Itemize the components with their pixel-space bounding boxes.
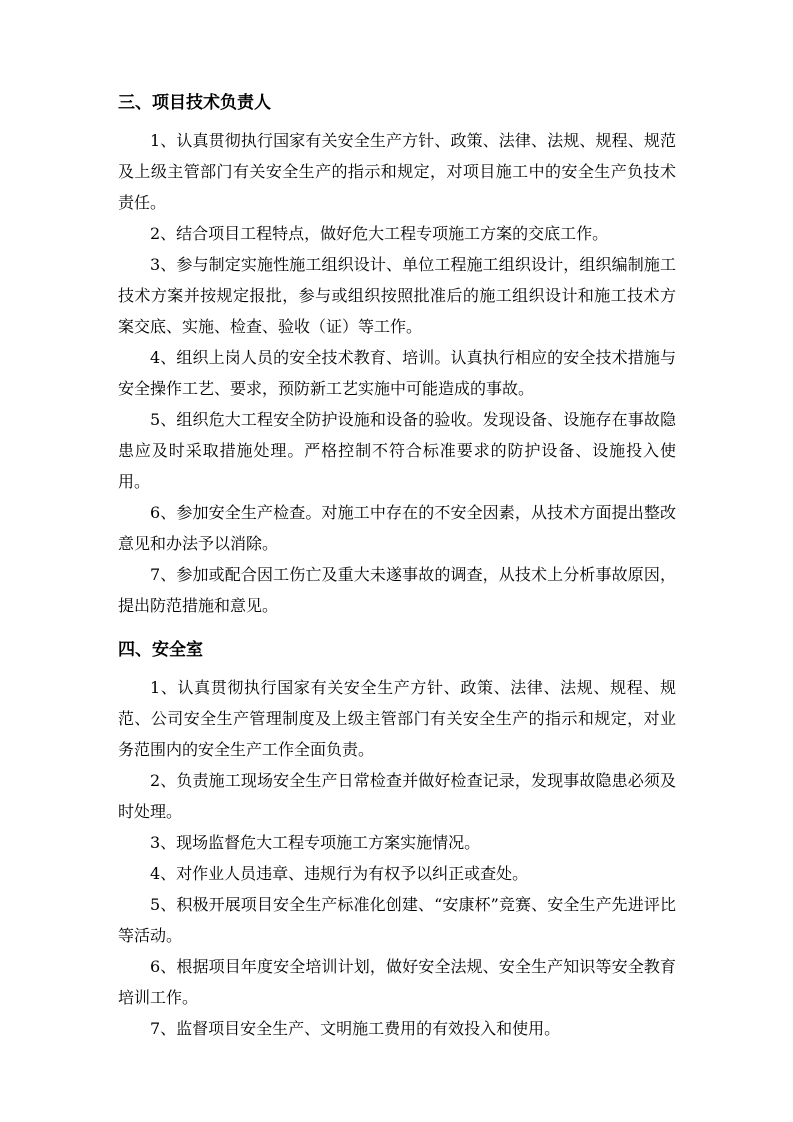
section-heading: 四、安全室 <box>118 635 676 666</box>
paragraph: 5、积极开展项目安全生产标准化创建、“安康杯”竞赛、安全生产先进评比等活动。 <box>118 889 676 951</box>
paragraph: 3、参与制定实施性施工组织设计、单位工程施工组织设计，组织编制施工技术方案并按规… <box>118 249 676 342</box>
paragraph: 6、参加安全生产检查。对施工中存在的不安全因素，从技术方面提出整改意见和办法予以… <box>118 497 676 559</box>
paragraph: 2、结合项目工程特点，做好危大工程专项施工方案的交底工作。 <box>118 218 676 249</box>
paragraph: 5、组织危大工程安全防护设施和设备的验收。发现设备、设施存在事故隐患应及时采取措… <box>118 404 676 497</box>
section-heading: 三、项目技术负责人 <box>118 88 676 119</box>
document-page: 三、项目技术负责人 1、认真贯彻执行国家有关安全生产方针、政策、法律、法规、规程… <box>0 0 793 1122</box>
section-project-technical-lead: 三、项目技术负责人 1、认真贯彻执行国家有关安全生产方针、政策、法律、法规、规程… <box>118 88 676 621</box>
paragraph: 3、现场监督危大工程专项施工方案实施情况。 <box>118 827 676 858</box>
paragraph: 7、参加或配合因工伤亡及重大未遂事故的调查，从技术上分析事故原因，提出防范措施和… <box>118 559 676 621</box>
paragraph: 2、负责施工现场安全生产日常检查并做好检查记录，发现事故隐患必须及时处理。 <box>118 765 676 827</box>
section-safety-office: 四、安全室 1、认真贯彻执行国家有关安全生产方针、政策、法律、法规、规程、规范、… <box>118 635 676 1044</box>
paragraph: 6、根据项目年度安全培训计划，做好安全法规、安全生产知识等安全教育培训工作。 <box>118 951 676 1013</box>
paragraph: 4、对作业人员违章、违规行为有权予以纠正或查处。 <box>118 858 676 889</box>
paragraph: 1、认真贯彻执行国家有关安全生产方针、政策、法律、法规、规程、规范及上级主管部门… <box>118 125 676 218</box>
paragraph: 4、组织上岗人员的安全技术教育、培训。认真执行相应的安全技术措施与安全操作工艺、… <box>118 342 676 404</box>
paragraph: 1、认真贯彻执行国家有关安全生产方针、政策、法律、法规、规程、规范、公司安全生产… <box>118 672 676 765</box>
paragraph: 7、监督项目安全生产、文明施工费用的有效投入和使用。 <box>118 1013 676 1044</box>
